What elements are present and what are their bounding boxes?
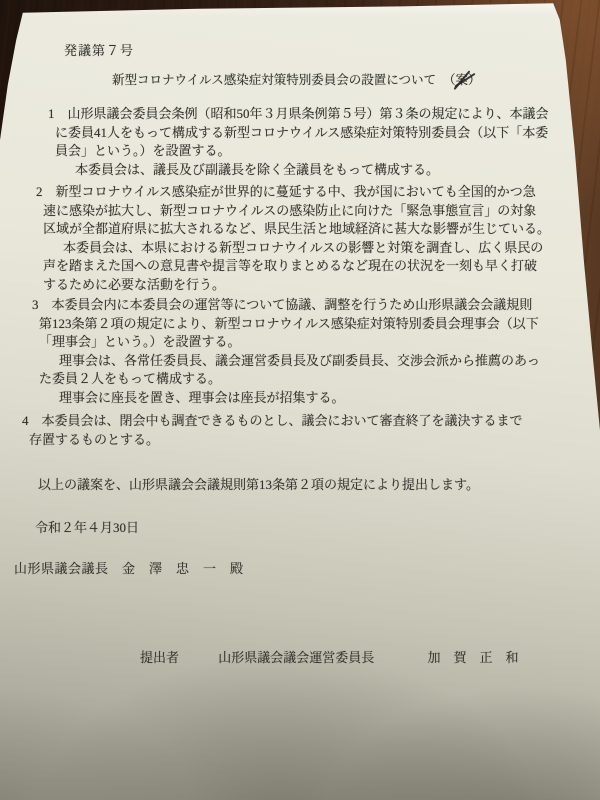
text-line: 存置するものとする。 — [29, 431, 580, 450]
draft-marker-struck-out: （案） — [443, 71, 481, 90]
addressee-line: 山形県議会議長 金 澤 忠 一 殿 — [14, 560, 580, 579]
desk-background: 発議第７号 新型コロナウイルス感染症対策特別委員会の設置について（案） 1 山形… — [0, 0, 600, 800]
text-line: 本委員会は、議長及び副議長を除く全議員をもって構成する。 — [75, 161, 580, 180]
paragraph: 3 本委員会内に本委員会の運営等について協議、調整を行うため山形県議会会議規則第… — [32, 296, 580, 407]
closing-sentence: 以上の議案を、山形県議会会議規則第13条第２項の規定により提出します。 — [38, 476, 580, 495]
text-line: 声を踏まえた国への意見書や提言等を取りまとめるなど現在の状況を一刻も早く打破 — [43, 257, 580, 276]
body-paragraphs: 1 山形県議会委員会条例（昭和50年３月県条例第５号）第３条の規定により、本議会… — [20, 105, 580, 449]
document-content: 発議第７号 新型コロナウイルス感染症対策特別委員会の設置について（案） 1 山形… — [20, 0, 580, 667]
text-line: 第123条第２項の規定により、新型コロナウイルス感染症対策特別委員会理事会（以下 — [39, 315, 580, 334]
text-line: 速に感染が拡大し、新型コロナウイルスの感染防止に向けた「緊急事態宣言」の対象 — [43, 202, 580, 221]
paragraph: 1 山形県議会委員会条例（昭和50年３月県条例第５号）第３条の規定により、本議会… — [48, 105, 580, 179]
doc-title: 新型コロナウイルス感染症対策特別委員会の設置について（案） — [112, 71, 580, 90]
text-line: 理事会は、各常任委員長、議会運営委員長及び副委員長、交渉会派から推薦のあっ — [59, 352, 580, 371]
text-line: 「理事会」という。）を設置する。 — [39, 333, 580, 352]
submitter-label: 提出者 — [140, 650, 179, 665]
text-line: 理事会に座長を置き、理事会は座長が招集する。 — [59, 389, 580, 408]
text-line: 区域が全都道府県に拡大されるなど、県民生活と地域経済に甚大な影響が生じている。 — [43, 220, 580, 239]
text-line: 員会」という。）を設置する。 — [55, 142, 580, 161]
submitter-title: 山形県議会議会運営委員長 — [218, 650, 374, 665]
submitter-line: 提出者 山形県議会議会運営委員長 加 賀 正 和 — [140, 649, 580, 668]
doc-title-text: 新型コロナウイルス感染症対策特別委員会の設置について — [112, 73, 436, 87]
text-line: 1 山形県議会委員会条例（昭和50年３月県条例第５号）第３条の規定により、本議会 — [48, 105, 580, 124]
text-line: 本委員会は、本県における新型コロナウイルスの影響と対策を調査し、広く県民の — [63, 239, 580, 258]
text-line: た委員２人をもって構成する。 — [39, 370, 580, 389]
submitter-name: 加 賀 正 和 — [428, 650, 519, 665]
paragraph: 2 新型コロナウイルス感染症が世界的に蔓延する中、我が国においても全国的かつ急速… — [36, 183, 580, 294]
text-line: に委員41人をもって構成する新型コロナウイルス感染症対策特別委員会（以下「本委 — [55, 124, 580, 143]
doc-number: 発議第７号 — [64, 42, 580, 61]
text-line: 4 本委員会は、閉会中も調査できるものとし、議会において審査終了を議決するまで — [22, 412, 580, 431]
paragraph: 4 本委員会は、閉会中も調査できるものとし、議会において審査終了を議決するまで存… — [22, 412, 580, 449]
text-line: 3 本委員会内に本委員会の運営等について協議、調整を行うため山形県議会会議規則 — [32, 296, 580, 315]
text-line: 2 新型コロナウイルス感染症が世界的に蔓延する中、我が国においても全国的かつ急 — [36, 183, 580, 202]
document-date: 令和２年４月30日 — [35, 519, 580, 538]
text-line: するために必要な活動を行う。 — [43, 276, 580, 295]
